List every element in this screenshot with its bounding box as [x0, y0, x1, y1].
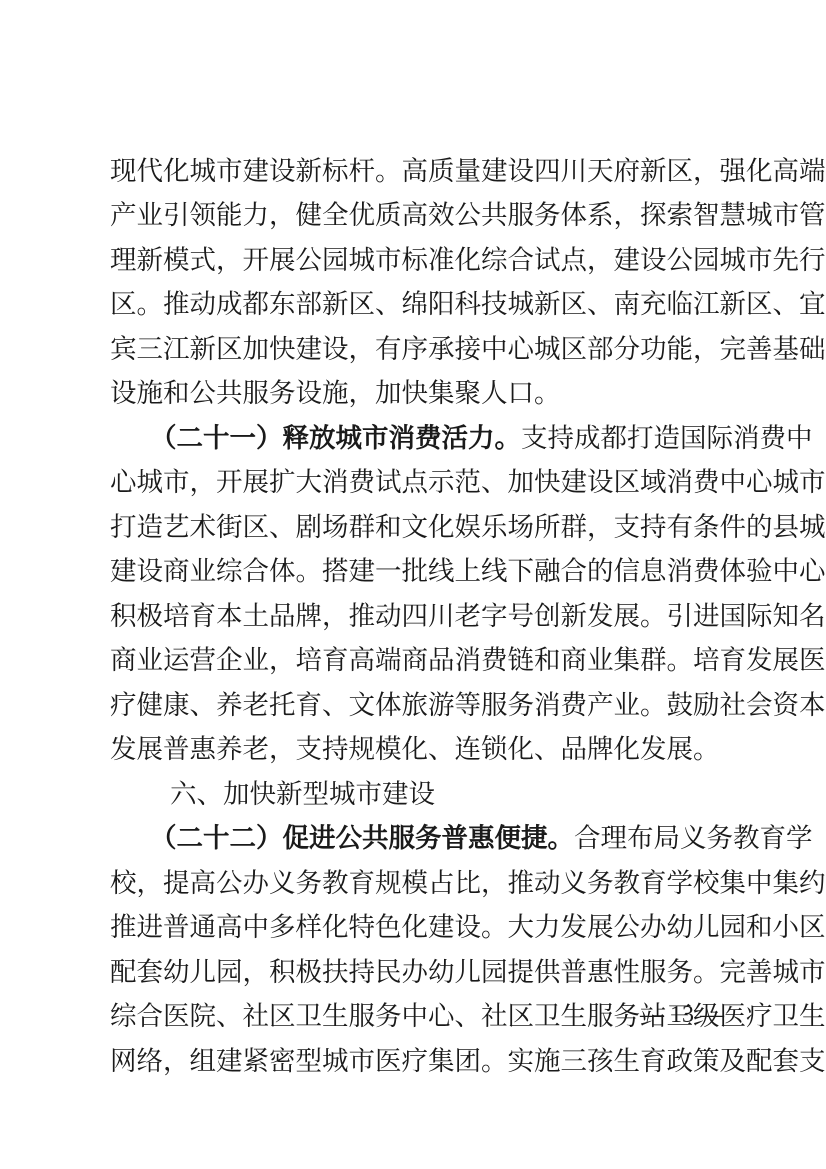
- section-21-heading: （二十一）释放城市消费活力。: [150, 423, 521, 454]
- paragraph-line: 疗健康、养老托育、文体旅游等服务消费产业。鼓励社会资本: [110, 684, 717, 728]
- paragraph-line: 积极培育本土品牌，推动四川老字号创新发展。引进国际知名: [110, 595, 717, 639]
- paragraph-line: 设施和公共服务设施，加快集聚人口。: [110, 372, 717, 416]
- paragraph-line: 宾三江新区加快建设，有序承接中心城区部分功能，完善基础: [110, 328, 717, 372]
- chapter-heading: 六、加快新型城市建设: [170, 773, 717, 817]
- paragraph-line: 发展普惠养老，支持规模化、连锁化、品牌化发展。: [110, 728, 717, 772]
- page-number: — 13 —: [640, 1002, 724, 1029]
- section-21-first-line: （二十一）释放城市消费活力。支持成都打造国际消费中: [150, 417, 717, 461]
- paragraph-line: 产业引领能力，健全优质高效公共服务体系，探索智慧城市管: [110, 194, 717, 238]
- section-22-text: 合理布局义务教育学: [574, 823, 813, 854]
- document-page: 现代化城市建设新标杆。高质量建设四川天府新区，强化高端 产业引领能力，健全优质高…: [0, 0, 826, 1169]
- paragraph-line: 综合医院、社区卫生服务中心、社区卫生服务站三级医疗卫生: [110, 995, 717, 1039]
- paragraph-line: 区。推动成都东部新区、绵阳科技城新区、南充临江新区、宜: [110, 283, 717, 327]
- paragraph-line: 推进普通高中多样化特色化建设。大力发展公办幼儿园和小区: [110, 906, 717, 950]
- paragraph-line: 心城市，开展扩大消费试点示范、加快建设区域消费中心城市。: [110, 461, 717, 505]
- paragraph-line: 校，提高公办义务教育规模占比，推动义务教育学校集中集约，: [110, 862, 717, 906]
- section-21-text: 支持成都打造国际消费中: [521, 423, 813, 454]
- paragraph-line: 理新模式，开展公园城市标准化综合试点，建设公园城市先行: [110, 239, 717, 283]
- paragraph-line: 商业运营企业，培育高端商品消费链和商业集群。培育发展医: [110, 639, 717, 683]
- paragraph-line: 打造艺术街区、剧场群和文化娱乐场所群，支持有条件的县城: [110, 506, 717, 550]
- paragraph-line: 网络，组建紧密型城市医疗集团。实施三孩生育政策及配套支: [110, 1040, 717, 1084]
- paragraph-line: 建设商业综合体。搭建一批线上线下融合的信息消费体验中心。: [110, 550, 717, 594]
- section-22-heading: （二十二）促进公共服务普惠便捷。: [150, 823, 574, 854]
- section-22-first-line: （二十二）促进公共服务普惠便捷。合理布局义务教育学: [150, 817, 717, 861]
- paragraph-line: 配套幼儿园，积极扶持民办幼儿园提供普惠性服务。完善城市: [110, 951, 717, 995]
- paragraph-line: 现代化城市建设新标杆。高质量建设四川天府新区，强化高端: [110, 150, 717, 194]
